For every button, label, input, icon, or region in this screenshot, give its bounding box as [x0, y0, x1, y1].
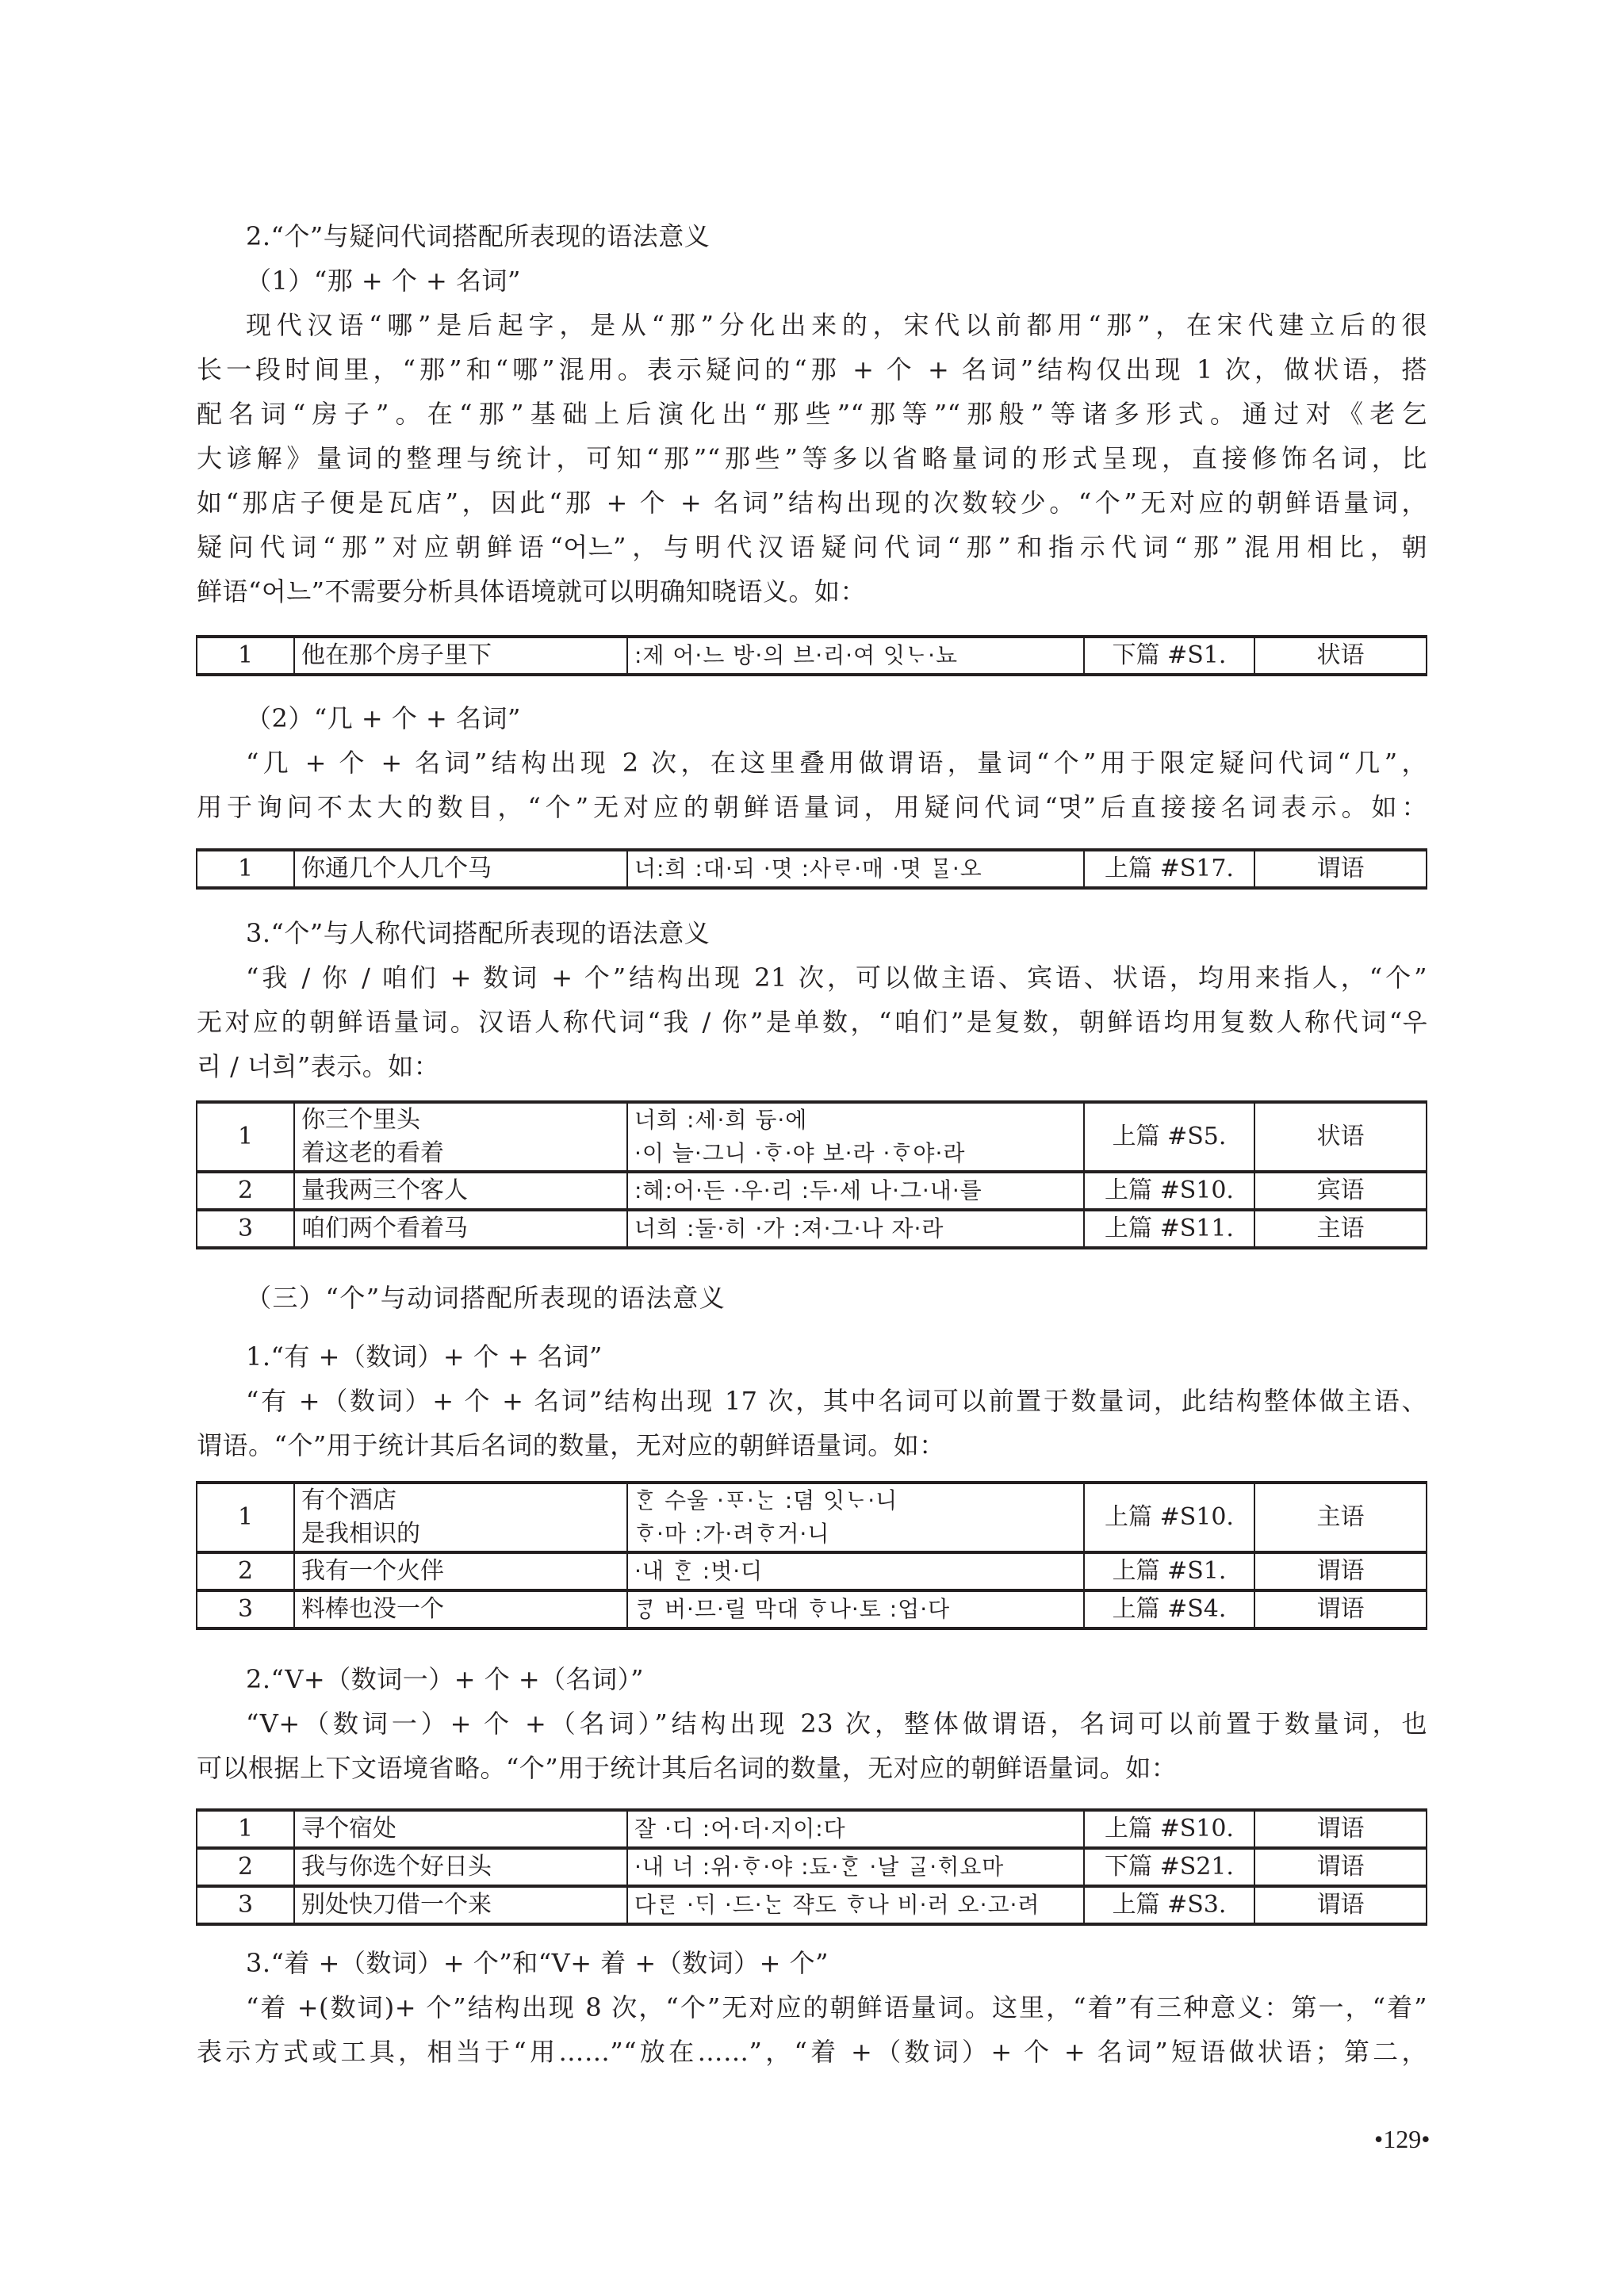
section-heading: （三）“个”与动词搭配所表现的语法意义	[246, 1282, 1427, 1314]
chinese-text: 量我两三个客人	[294, 1172, 627, 1210]
paragraph-line: 疑问代词“那”对应朝鲜语“어느”，与明代汉语疑问代词“那”和指示代词“那”混用相…	[197, 531, 1427, 563]
paragraph-line: 리 / 너희”表示。如：	[197, 1050, 1427, 1082]
grammar-function: 谓语	[1254, 850, 1427, 888]
korean-text: ·내 너 :위·ᄒᆞ·야 :됴·ᄒᆞᆫ ·날 ᄀᆞᆯ·ᄒᆡ요마	[627, 1848, 1084, 1886]
korean-line: ᄒᆞᆫ 수울 ·ᄑᆞ·ᄂᆞᆫ :뎜 잇ᄂᆞ·니	[634, 1484, 1077, 1517]
paragraph-line: 表示方式或工具，相当于“用……”“放在……”，“着 +（数词）+ 个 + 名词”…	[197, 2036, 1427, 2068]
source-ref: 上篇 #S10.	[1084, 1810, 1254, 1848]
grammar-function: 谓语	[1254, 1552, 1427, 1590]
source-ref: 下篇 #S21.	[1084, 1848, 1254, 1886]
korean-text: ᄏᆞᆼ 버·므·릴 막대 ᄒᆞ나·토 :업·다	[627, 1590, 1084, 1628]
table-row: 2 我有一个火伴 ·내 ᄒᆞᆫ :벗·디 上篇 #S1. 谓语	[197, 1552, 1427, 1590]
korean-text: 잘 ·디 :어·더·지이:다	[627, 1810, 1084, 1848]
subsection-title: （1）“那 + 个 + 名词”	[246, 265, 1427, 297]
table-row: 1 你三个里头 着这老的看着 너희 :세·희 듕·에 ·이 늘·그니 ·ᄒᆞ·야…	[197, 1102, 1427, 1172]
row-number: 1	[197, 637, 294, 675]
chinese-line: 有个酒店	[301, 1484, 620, 1517]
source-ref: 上篇 #S4.	[1084, 1590, 1254, 1628]
grammar-function: 谓语	[1254, 1590, 1427, 1628]
chinese-text: 咱们两个看着马	[294, 1210, 627, 1248]
paragraph-line: “V+（数词一）+ 个 +（名词）”结构出现 23 次，整体做谓语，名词可以前置…	[246, 1708, 1427, 1739]
table-row: 1 寻个宿处 잘 ·디 :어·더·지이:다 上篇 #S10. 谓语	[197, 1810, 1427, 1848]
source-ref: 上篇 #S1.	[1084, 1552, 1254, 1590]
korean-text: 너:희 :대·되 ·몃 :사ᄅᆞ·매 ·몃 ᄆᆞᆯ·오	[627, 850, 1084, 888]
table-row: 3 咱们两个看着马 너희 :둘·히 ·가 :져·그·나 자·라 上篇 #S11.…	[197, 1210, 1427, 1248]
chinese-text: 有个酒店 是我相识的	[294, 1483, 627, 1552]
chinese-text: 寻个宿处	[294, 1810, 627, 1848]
subsection-title: 2.“V+（数词一）+ 个 +（名词）”	[246, 1663, 1427, 1695]
korean-text: 너희 :둘·히 ·가 :져·그·나 자·라	[627, 1210, 1084, 1248]
row-number: 3	[197, 1886, 294, 1924]
row-number: 2	[197, 1848, 294, 1886]
paragraph-line: 鲜语“어느”不需要分析具体语境就可以明确知晓语义。如：	[197, 576, 1427, 607]
example-table: 1 你三个里头 着这老的看着 너희 :세·희 듕·에 ·이 늘·그니 ·ᄒᆞ·야…	[196, 1100, 1427, 1249]
table-row: 3 别处快刀借一个来 다ᄅᆞᆫ ·ᄃᆡ ·드·ᄂᆞᆫ 쟉도 ᄒᆞ나 비·러 오·…	[197, 1886, 1427, 1924]
grammar-function: 宾语	[1254, 1172, 1427, 1210]
korean-line: ·이 늘·그니 ·ᄒᆞ·야 보·라 ·ᄒᆞ야·라	[634, 1137, 1077, 1170]
chinese-text: 你通几个人几个马	[294, 850, 627, 888]
korean-text: ·내 ᄒᆞᆫ :벗·디	[627, 1552, 1084, 1590]
row-number: 2	[197, 1172, 294, 1210]
paragraph-line: 谓语。“个”用于统计其后名词的数量，无对应的朝鲜语量词。如：	[197, 1429, 1427, 1461]
section-heading: 2.“个”与疑问代词搭配所表现的语法意义	[246, 220, 1427, 252]
korean-text: 너희 :세·희 듕·에 ·이 늘·그니 ·ᄒᆞ·야 보·라 ·ᄒᆞ야·라	[627, 1102, 1084, 1172]
korean-text: 다ᄅᆞᆫ ·ᄃᆡ ·드·ᄂᆞᆫ 쟉도 ᄒᆞ나 비·러 오·고·려	[627, 1886, 1084, 1924]
grammar-function: 谓语	[1254, 1810, 1427, 1848]
section-heading: 3.“个”与人称代词搭配所表现的语法意义	[246, 917, 1427, 949]
page-number: •129•	[1374, 2125, 1430, 2154]
source-ref: 下篇 #S1.	[1084, 637, 1254, 675]
paragraph-line: 如“那店子便是瓦店”，因此“那 + 个 + 名词”结构出现的次数较少。“个”无对…	[197, 487, 1427, 519]
chinese-text: 别处快刀借一个来	[294, 1886, 627, 1924]
korean-line: ᄒᆞ·마 :가·려ᄒᆞ거·니	[634, 1517, 1077, 1551]
paragraph-line: “着 +(数词)+ 个”结构出现 8 次，“个”无对应的朝鲜语量词。这里，“着”…	[246, 1992, 1427, 2023]
example-table: 1 他在那个房子里下 :제 어·느 방·의 브·리·여 잇ᄂᆞ·뇨 下篇 #S1…	[196, 635, 1427, 676]
paragraph-line: 大谚解》量词的整理与统计，可知“那”“那些”等多以省略量词的形式呈现，直接修饰名…	[197, 442, 1427, 474]
chinese-line: 你三个里头	[301, 1104, 620, 1137]
subsection-title: 3.“着 +（数词）+ 个”和“V+ 着 +（数词）+ 个”	[246, 1947, 1427, 1979]
paragraph-line: 现代汉语“哪”是后起字，是从“那”分化出来的，宋代以前都用“那”，在宋代建立后的…	[246, 309, 1427, 341]
table-row: 1 你通几个人几个马 너:희 :대·되 ·몃 :사ᄅᆞ·매 ·몃 ᄆᆞᆯ·오 上…	[197, 850, 1427, 888]
example-table: 1 寻个宿处 잘 ·디 :어·더·지이:다 上篇 #S10. 谓语 2 我与你选…	[196, 1808, 1427, 1926]
row-number: 1	[197, 1483, 294, 1552]
row-number: 1	[197, 1102, 294, 1172]
source-ref: 上篇 #S10.	[1084, 1483, 1254, 1552]
korean-text: :혜:어·든 ·우·리 :두·세 나·그·내·를	[627, 1172, 1084, 1210]
paragraph-line: “几 + 个 + 名词”结构出现 2 次，在这里叠用做谓语，量词“个”用于限定疑…	[246, 747, 1427, 779]
document-page: 2.“个”与疑问代词搭配所表现的语法意义 （1）“那 + 个 + 名词” 现代汉…	[0, 0, 1624, 2296]
chinese-line: 是我相识的	[301, 1517, 620, 1551]
table-row: 2 量我两三个客人 :혜:어·든 ·우·리 :두·세 나·그·내·를 上篇 #S…	[197, 1172, 1427, 1210]
chinese-text: 料棒也没一个	[294, 1590, 627, 1628]
grammar-function: 状语	[1254, 1102, 1427, 1172]
chinese-text: 他在那个房子里下	[294, 637, 627, 675]
korean-text: :제 어·느 방·의 브·리·여 잇ᄂᆞ·뇨	[627, 637, 1084, 675]
example-table: 1 有个酒店 是我相识的 ᄒᆞᆫ 수울 ·ᄑᆞ·ᄂᆞᆫ :뎜 잇ᄂᆞ·니 ᄒᆞ·…	[196, 1481, 1427, 1630]
chinese-text: 我与你选个好日头	[294, 1848, 627, 1886]
paragraph-line: “有 +（数词）+ 个 + 名词”结构出现 17 次，其中名词可以前置于数量词，…	[246, 1385, 1427, 1417]
table-row: 2 我与你选个好日头 ·내 너 :위·ᄒᆞ·야 :됴·ᄒᆞᆫ ·날 ᄀᆞᆯ·ᄒᆡ…	[197, 1848, 1427, 1886]
paragraph-line: 可以根据上下文语境省略。“个”用于统计其后名词的数量，无对应的朝鲜语量词。如：	[197, 1752, 1427, 1784]
table-row: 1 他在那个房子里下 :제 어·느 방·의 브·리·여 잇ᄂᆞ·뇨 下篇 #S1…	[197, 637, 1427, 675]
paragraph-line: 长一段时间里，“那”和“哪”混用。表示疑问的“那 + 个 + 名词”结构仅出现 …	[197, 354, 1427, 385]
subsection-title: （2）“几 + 个 + 名词”	[246, 702, 1427, 734]
source-ref: 上篇 #S10.	[1084, 1172, 1254, 1210]
korean-line: 너희 :세·희 듕·에	[634, 1104, 1077, 1137]
example-table: 1 你通几个人几个马 너:희 :대·되 ·몃 :사ᄅᆞ·매 ·몃 ᄆᆞᆯ·오 上…	[196, 848, 1427, 890]
chinese-text: 你三个里头 着这老的看着	[294, 1102, 627, 1172]
table-row: 1 有个酒店 是我相识的 ᄒᆞᆫ 수울 ·ᄑᆞ·ᄂᆞᆫ :뎜 잇ᄂᆞ·니 ᄒᆞ·…	[197, 1483, 1427, 1552]
grammar-function: 主语	[1254, 1483, 1427, 1552]
grammar-function: 主语	[1254, 1210, 1427, 1248]
korean-text: ᄒᆞᆫ 수울 ·ᄑᆞ·ᄂᆞᆫ :뎜 잇ᄂᆞ·니 ᄒᆞ·마 :가·려ᄒᆞ거·니	[627, 1483, 1084, 1552]
row-number: 1	[197, 1810, 294, 1848]
source-ref: 上篇 #S11.	[1084, 1210, 1254, 1248]
source-ref: 上篇 #S17.	[1084, 850, 1254, 888]
grammar-function: 谓语	[1254, 1886, 1427, 1924]
row-number: 2	[197, 1552, 294, 1590]
row-number: 1	[197, 850, 294, 888]
paragraph-line: 配名词“房子”。在“那”基础上后演化出“那些”“那等”“那般”等诸多形式。通过对…	[197, 398, 1427, 430]
paragraph-line: “我 / 你 / 咱们 + 数词 + 个”结构出现 21 次，可以做主语、宾语、…	[246, 962, 1427, 993]
source-ref: 上篇 #S5.	[1084, 1102, 1254, 1172]
chinese-line: 着这老的看着	[301, 1137, 620, 1170]
table-row: 3 料棒也没一个 ᄏᆞᆼ 버·므·릴 막대 ᄒᆞ나·토 :업·다 上篇 #S4.…	[197, 1590, 1427, 1628]
subsection-title: 1.“有 +（数词）+ 个 + 名词”	[246, 1341, 1427, 1372]
paragraph-line: 用于询问不太大的数目，“个”无对应的朝鲜语量词，用疑问代词“몃”后直接接名词表示…	[197, 791, 1427, 823]
chinese-text: 我有一个火伴	[294, 1552, 627, 1590]
grammar-function: 谓语	[1254, 1848, 1427, 1886]
source-ref: 上篇 #S3.	[1084, 1886, 1254, 1924]
grammar-function: 状语	[1254, 637, 1427, 675]
row-number: 3	[197, 1210, 294, 1248]
paragraph-line: 无对应的朝鲜语量词。汉语人称代词“我 / 你”是单数，“咱们”是复数，朝鲜语均用…	[197, 1006, 1427, 1038]
row-number: 3	[197, 1590, 294, 1628]
